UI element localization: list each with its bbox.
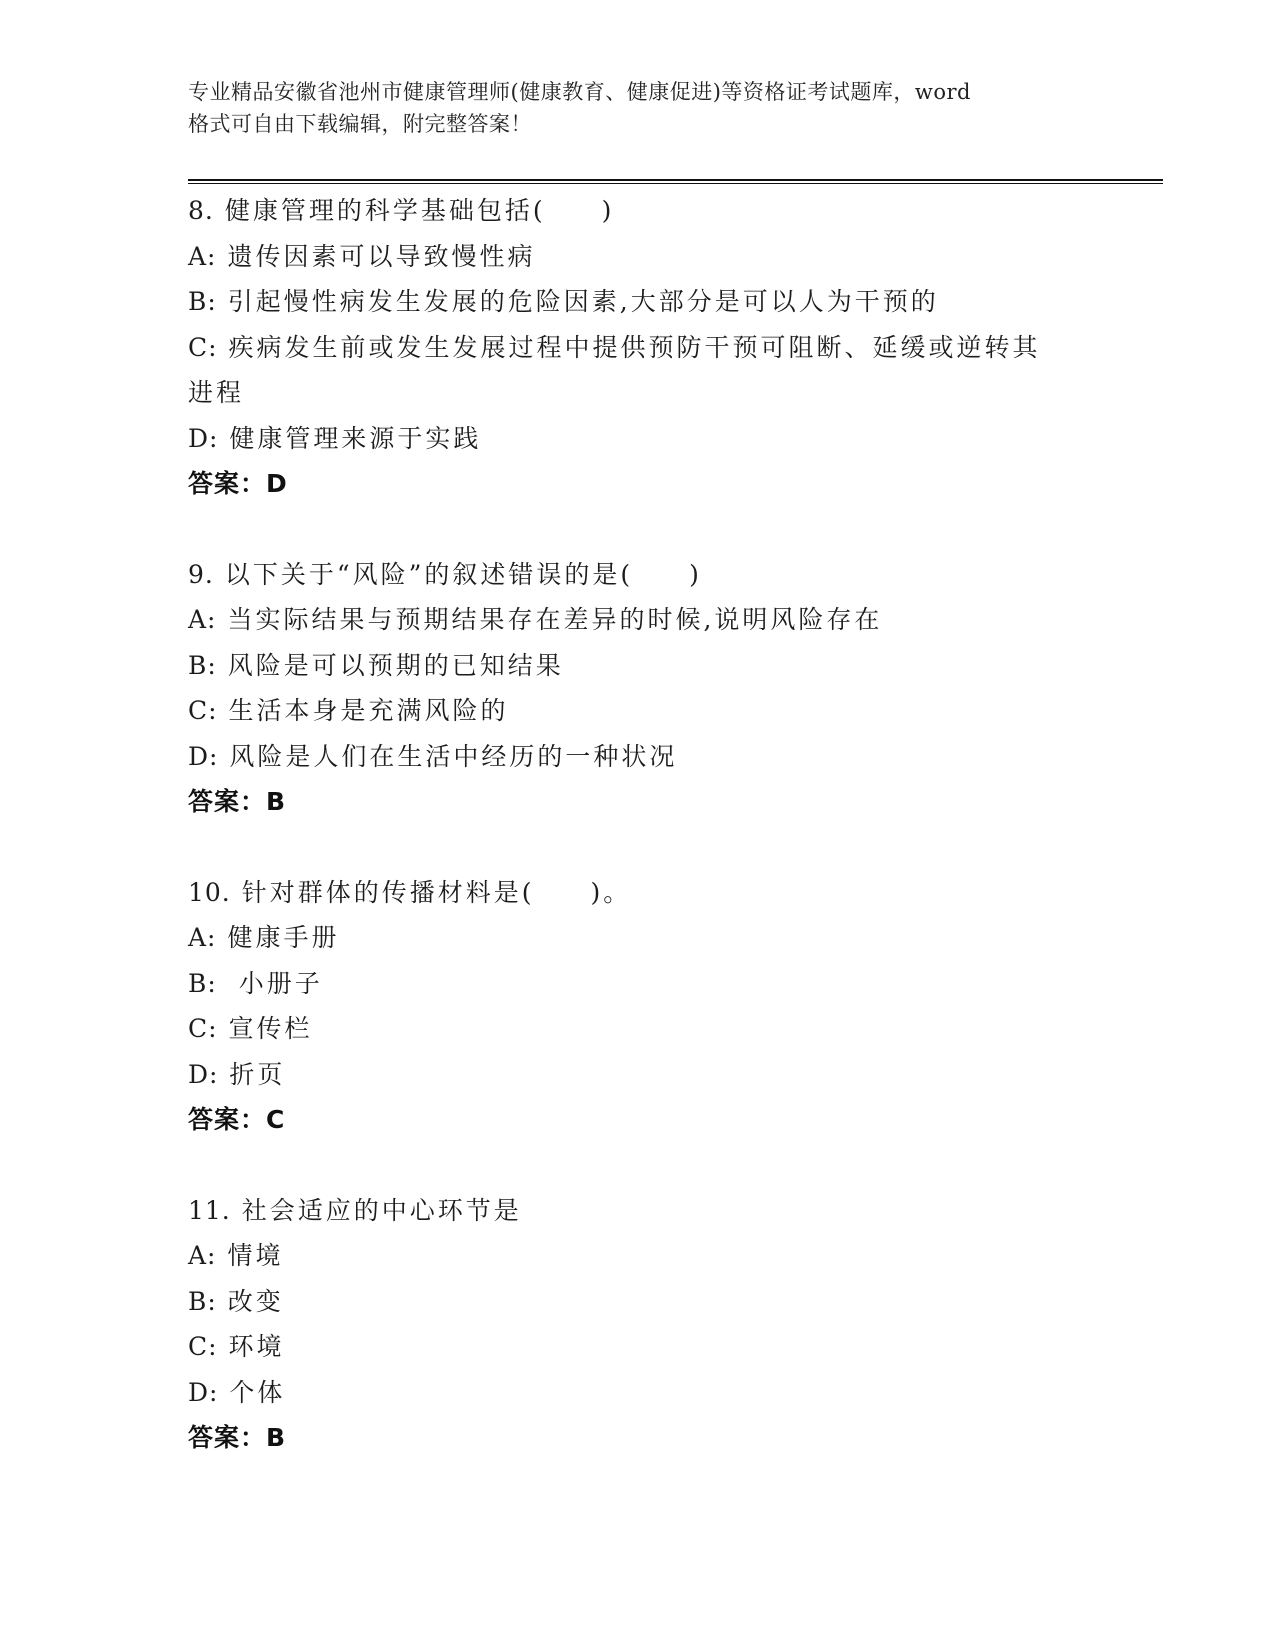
option-label: B: [188,969,217,998]
answer-line: 答案：B [188,779,1163,825]
option-label: D: [188,1378,218,1407]
option-label: B: [188,1287,217,1316]
header-separator [188,179,1163,185]
option-text: 遗传因素可以导致慢性病 [227,242,535,271]
option-text: 个体 [229,1378,285,1407]
option-b: B: 引起慢性病发生发展的危险因素,大部分是可以人为干预的 [188,279,1163,325]
option-label: B: [188,651,217,680]
option-text: 疾病发生前或发生发展过程中提供预防干预可阻断、延缓或逆转其进程 [188,333,1041,408]
option-a: A: 遗传因素可以导致慢性病 [188,234,1163,280]
option-text: 改变 [228,1287,284,1316]
question-stem: 8. 健康管理的科学基础包括( ) [188,188,1163,234]
option-text: 当实际结果与预期结果存在差异的时候,说明风险存在 [227,605,882,634]
question-stem: 11. 社会适应的中心环节是 [188,1188,1163,1234]
answer-line: 答案：B [188,1415,1163,1461]
option-c: C: 宣传栏 [188,1006,1163,1052]
question-11: 11. 社会适应的中心环节是 A: 情境 B: 改变 C: 环境 D: 个体 答… [188,1188,1163,1461]
option-text: 宣传栏 [229,1014,313,1043]
question-number: 8. [188,196,214,225]
option-text: 小册子 [228,969,323,998]
question-9: 9. 以下关于“风险”的叙述错误的是( ) A: 当实际结果与预期结果存在差异的… [188,552,1163,825]
option-a: A: 情境 [188,1233,1163,1279]
question-number: 9. [188,560,214,589]
question-number: 11. [188,1196,231,1225]
option-d: D: 风险是人们在生活中经历的一种状况 [188,734,1163,780]
question-10: 10. 针对群体的传播材料是( )。 A: 健康手册 B: 小册子 C: 宣传栏… [188,870,1163,1143]
separator-thick-rule [188,179,1163,181]
header-line-1: 专业精品安徽省池州市健康管理师(健康教育、健康促进)等资格证考试题库，word [188,76,1088,108]
option-label: D: [188,1060,218,1089]
option-label: D: [188,742,218,771]
option-label: B: [188,287,217,316]
question-8: 8. 健康管理的科学基础包括( ) A: 遗传因素可以导致慢性病 B: 引起慢性… [188,188,1163,507]
option-text: 环境 [229,1332,285,1361]
option-a: A: 健康手册 [188,915,1163,961]
option-label: A: [188,605,216,634]
document-header: 专业精品安徽省池州市健康管理师(健康教育、健康促进)等资格证考试题库，word … [188,76,1088,140]
option-c: C: 环境 [188,1324,1163,1370]
question-text: 社会适应的中心环节是 [242,1196,522,1225]
option-label: A: [188,923,216,952]
option-label: C: [188,333,218,362]
option-text: 引起慢性病发生发展的危险因素,大部分是可以人为干预的 [228,287,939,316]
separator-thin-rule [188,183,1163,184]
option-label: C: [188,1014,218,1043]
option-b: B: 风险是可以预期的已知结果 [188,643,1163,689]
option-label: C: [188,696,218,725]
option-text: 情境 [227,1241,283,1270]
option-label: A: [188,1241,216,1270]
answer-line: 答案：C [188,1097,1163,1143]
option-b: B: 小册子 [188,961,1163,1007]
option-text: 风险是可以预期的已知结果 [228,651,564,680]
option-text: 折页 [229,1060,285,1089]
header-line-2: 格式可自由下载编辑，附完整答案！ [188,108,1088,140]
question-text: 以下关于“风险”的叙述错误的是( ) [225,560,702,589]
option-text: 健康手册 [227,923,339,952]
option-label: D: [188,424,218,453]
option-d: D: 折页 [188,1052,1163,1098]
option-text: 风险是人们在生活中经历的一种状况 [229,742,677,771]
option-c: C: 生活本身是充满风险的 [188,688,1163,734]
question-stem: 10. 针对群体的传播材料是( )。 [188,870,1163,916]
option-b: B: 改变 [188,1279,1163,1325]
question-text: 针对群体的传播材料是( )。 [242,878,632,907]
option-text: 生活本身是充满风险的 [229,696,509,725]
question-number: 10. [188,878,231,907]
option-label: C: [188,1332,218,1361]
question-stem: 9. 以下关于“风险”的叙述错误的是( ) [188,552,1163,598]
option-text: 健康管理来源于实践 [229,424,481,453]
option-label: A: [188,242,216,271]
question-text: 健康管理的科学基础包括( ) [225,196,615,225]
option-c: C: 疾病发生前或发生发展过程中提供预防干预可阻断、延缓或逆转其进程 [188,325,1048,416]
question-list: 8. 健康管理的科学基础包括( ) A: 遗传因素可以导致慢性病 B: 引起慢性… [188,188,1163,1506]
option-d: D: 健康管理来源于实践 [188,416,1163,462]
option-d: D: 个体 [188,1370,1163,1416]
option-a: A: 当实际结果与预期结果存在差异的时候,说明风险存在 [188,597,1163,643]
answer-line: 答案：D [188,461,1163,507]
